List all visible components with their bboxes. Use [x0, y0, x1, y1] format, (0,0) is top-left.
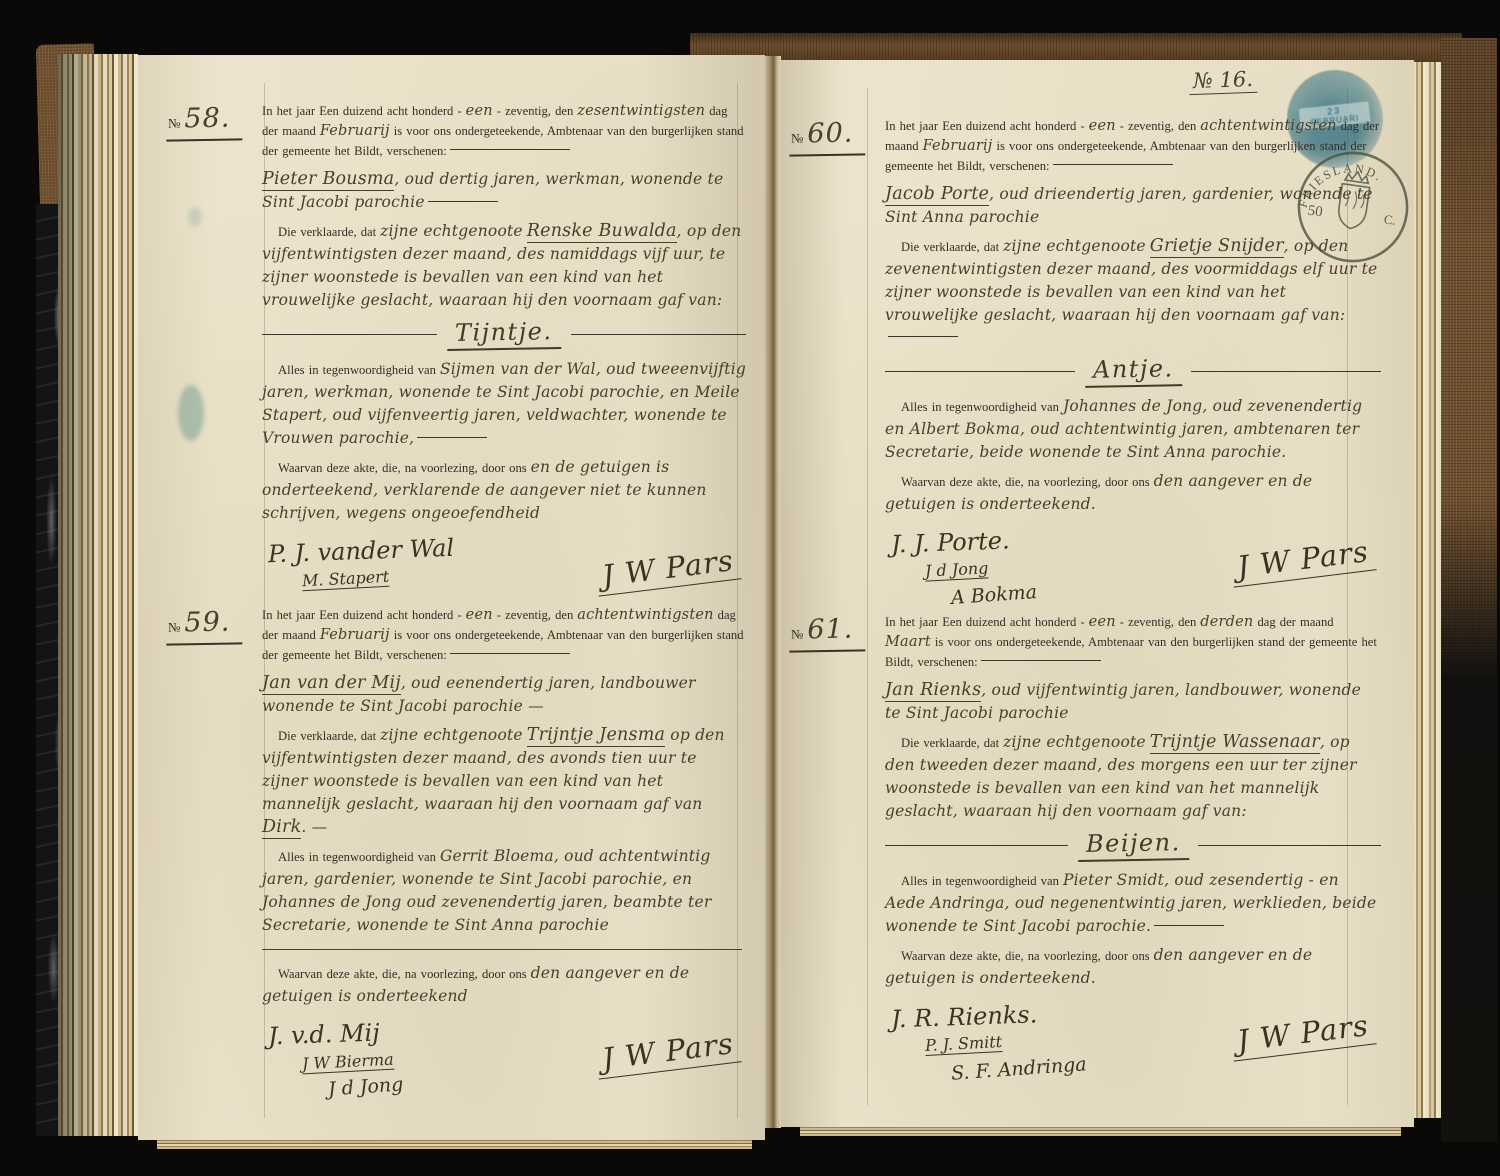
ink-rule	[1053, 164, 1173, 165]
printed-text: - zeventig, den	[497, 608, 573, 622]
declarant-paragraph: Pieter Bousma, oud dertig jaren, werkman…	[262, 168, 746, 214]
entry-number-value: 60.	[807, 118, 853, 150]
book-gutter	[764, 56, 781, 1128]
printed-text: - zeventig, den	[1120, 615, 1196, 629]
declarant-name: Pieter Bousma	[262, 169, 394, 191]
signature: J W Bierma	[302, 1050, 395, 1075]
signature: J. R. Rienks.	[891, 999, 1088, 1034]
mother-name: Trijntje Jensma	[527, 725, 665, 747]
opening-paragraph: In het jaar Een duizend acht honderd - e…	[262, 101, 746, 161]
closing-paragraph: Waarvan deze akte, die, na voorlezing, d…	[262, 962, 746, 1008]
declarant-name: Jan Rienks	[885, 680, 981, 702]
folio-number: № 16.	[1189, 67, 1258, 95]
mother-name: Trijntje Wassenaar	[1150, 732, 1320, 754]
entry-number: № 60.	[789, 115, 866, 156]
signature-block: J. v.d. Mij J W Bierma J d Jong J W Pars	[262, 1020, 746, 1098]
signature-block: J. J. Porte. J d Jong A Bokma J W Pars	[885, 528, 1381, 606]
page-edges-right	[1413, 62, 1443, 1118]
signature: M. Stapert	[302, 567, 390, 592]
child-name: Beijen.	[1077, 828, 1188, 862]
page-edges-left	[58, 54, 138, 1136]
entry-number-value: 61.	[807, 614, 853, 646]
registrar-signature: J W Pars	[594, 542, 742, 596]
printed-text: - zeventig, den	[1120, 119, 1196, 133]
signature: A Bokma	[950, 581, 1037, 609]
book-cover-top	[690, 33, 1462, 63]
signature-block: P. J. vander Wal M. Stapert J W Pars	[262, 537, 746, 589]
right-page: № 16. 23 FEBRUARI FRIESLAND. 50 C.	[781, 60, 1414, 1127]
birth-record-entry-59: № 59. In het jaar Een duizend acht honde…	[166, 605, 746, 1098]
ink-rule	[885, 844, 1068, 846]
declaration-paragraph: Die verklaarde, dat zijne echtgenoote Re…	[262, 220, 746, 312]
printed-text: In het jaar Een duizend acht honderd -	[262, 608, 462, 622]
ink-rule	[1154, 925, 1224, 926]
printed-text: Waarvan deze akte, die, na voorlezing, d…	[278, 461, 527, 475]
signature-block: J. R. Rienks. P. J. Smitt S. F. Andringa…	[885, 1002, 1381, 1080]
book-cover-right	[1441, 38, 1497, 1142]
opening-paragraph: In het jaar Een duizend acht honderd - e…	[885, 612, 1381, 672]
closing-paragraph: Waarvan deze akte, die, na voorlezing, d…	[885, 944, 1381, 990]
birth-record-entry-61: № 61. In het jaar Een duizend acht honde…	[789, 612, 1381, 1080]
witness-signatures: P. J. vander Wal M. Stapert	[268, 537, 454, 589]
handwritten-day: derden	[1200, 614, 1253, 630]
handwritten-text: . —	[301, 818, 327, 836]
entry-number: № 58.	[166, 100, 243, 141]
handwritten-month: Februarij	[320, 123, 390, 139]
ink-rule	[981, 660, 1101, 661]
ink-rule	[1198, 844, 1381, 846]
declaration-paragraph: Die verklaarde, dat zijne echtgenoote Tr…	[262, 724, 746, 839]
signature: J. J. Porte.	[891, 525, 1038, 558]
registrar-signature: J W Pars	[1229, 1007, 1377, 1061]
signature: J d Jong	[925, 558, 989, 581]
handwritten-year: een	[1089, 614, 1116, 630]
entry-number-symbol: №	[168, 115, 181, 130]
witnesses-paragraph: Alles in tegenwoordigheid van Pieter Smi…	[885, 869, 1381, 938]
entry-number-symbol: №	[791, 130, 804, 145]
signature: P. J. Smitt	[925, 1032, 1003, 1056]
entry-number-symbol: №	[791, 626, 804, 641]
witnesses-paragraph: Alles in tegenwoordigheid van Gerrit Blo…	[262, 845, 746, 937]
declarant-name: Jacob Porte	[885, 184, 989, 206]
handwritten-text: zijne echtgenoote	[380, 222, 523, 240]
witnesses-paragraph: Alles in tegenwoordigheid van Sijmen van…	[262, 358, 746, 450]
declarant-paragraph: Jan Rienks, oud vijfentwintig jaren, lan…	[885, 679, 1381, 725]
entry-number: № 61.	[789, 611, 866, 652]
section-divider	[262, 949, 742, 950]
left-page: № 58. In het jaar Een duizend acht honde…	[138, 55, 765, 1140]
printed-text: In het jaar Een duizend acht honderd -	[885, 615, 1085, 629]
printed-text: is voor ons ondergeteekende, Ambtenaar v…	[997, 139, 1251, 153]
printed-text: Die verklaarde, dat	[901, 240, 999, 254]
declaration-paragraph: Die verklaarde, dat zijne echtgenoote Gr…	[885, 235, 1381, 349]
printed-text: Alles in tegenwoordigheid van	[278, 363, 436, 377]
signature: S. F. Andringa	[950, 1053, 1087, 1084]
ink-rule	[428, 201, 498, 202]
entry-number-value: 59.	[184, 607, 230, 639]
handwritten-day: achtentwintigsten	[577, 607, 713, 623]
declarant-paragraph: Jacob Porte, oud drieendertig jaren, gar…	[885, 183, 1381, 229]
printed-text: Alles in tegenwoordigheid van	[901, 874, 1059, 888]
entry-number-symbol: №	[168, 619, 181, 634]
witness-signatures: J. R. Rienks. P. J. Smitt S. F. Andringa	[891, 1002, 1087, 1080]
handwritten-day: zesentwintigsten	[577, 103, 705, 119]
child-name: Antje.	[1084, 354, 1181, 388]
closing-paragraph: Waarvan deze akte, die, na voorlezing, d…	[262, 456, 746, 525]
registrar-signature: J W Pars	[594, 1025, 742, 1079]
declaration-paragraph: Die verklaarde, dat zijne echtgenoote Tr…	[885, 731, 1381, 823]
ink-rule	[1191, 370, 1381, 372]
handwritten-year: een	[466, 103, 493, 119]
handwritten-text: zijne echtgenoote	[380, 726, 523, 744]
printed-text: Die verklaarde, dat	[901, 736, 999, 750]
printed-text: Waarvan deze akte, die, na voorlezing, d…	[901, 475, 1150, 489]
signature: P. J. vander Wal	[268, 534, 455, 568]
child-name-line: Beijen.	[885, 829, 1381, 861]
printed-text: is voor ons ondergeteekende, Ambtenaar v…	[394, 628, 648, 642]
printed-text: In het jaar Een duizend acht honderd -	[885, 119, 1085, 133]
ink-rule	[450, 149, 570, 150]
handwritten-year: een	[1089, 118, 1116, 134]
declarant-name: Jan van der Mij	[262, 673, 401, 695]
ink-rule	[885, 370, 1075, 372]
witness-signatures: J. J. Porte. J d Jong A Bokma	[891, 528, 1037, 606]
opening-paragraph: In het jaar Een duizend acht honderd - e…	[885, 116, 1381, 176]
handwritten-day: achtentwintigsten	[1200, 118, 1336, 134]
opening-paragraph: In het jaar Een duizend acht honderd - e…	[262, 605, 746, 665]
ink-rule	[417, 437, 487, 438]
printed-text: - zeventig, den	[497, 104, 573, 118]
printed-text: is voor ons ondergeteekende, Ambtenaar v…	[935, 635, 1189, 649]
child-name: Tijntje.	[447, 317, 561, 351]
child-name: Dirk	[262, 817, 301, 839]
witness-signatures: J. v.d. Mij J W Bierma J d Jong	[268, 1020, 403, 1098]
birth-record-entry-58: № 58. In het jaar Een duizend acht honde…	[166, 101, 746, 589]
printed-text: dag der maand	[1257, 615, 1333, 629]
birth-record-entry-60: № 60. In het jaar Een duizend acht honde…	[789, 116, 1381, 606]
register-book-scan: № 58. In het jaar Een duizend acht honde…	[0, 0, 1500, 1176]
handwritten-month: Februarij	[923, 138, 993, 154]
mother-name: Grietje Snijder	[1150, 236, 1284, 258]
entry-body: In het jaar Een duizend acht honderd - e…	[885, 116, 1381, 606]
child-name-line: Antje.	[885, 355, 1381, 387]
mother-name: Renske Buwalda	[527, 221, 677, 243]
handwritten-month: Maart	[885, 634, 931, 650]
printed-text: is voor ons ondergeteekende, Ambtenaar v…	[394, 124, 648, 138]
entry-number: № 59.	[166, 604, 243, 645]
closing-paragraph: Waarvan deze akte, die, na voorlezing, d…	[885, 470, 1381, 516]
printed-text: Die verklaarde, dat	[278, 225, 376, 239]
registrar-signature: J W Pars	[1229, 533, 1377, 587]
signature: J. v.d. Mij	[268, 1018, 404, 1051]
declarant-paragraph: Jan van der Mij, oud eenendertig jaren, …	[262, 672, 746, 718]
witnesses-paragraph: Alles in tegenwoordigheid van Johannes d…	[885, 395, 1381, 464]
printed-text: Waarvan deze akte, die, na voorlezing, d…	[901, 949, 1150, 963]
printed-text: Waarvan deze akte, die, na voorlezing, d…	[278, 967, 527, 981]
signature: J d Jong	[327, 1073, 404, 1100]
entry-body: In het jaar Een duizend acht honderd - e…	[262, 605, 746, 1098]
entry-body: In het jaar Een duizend acht honderd - e…	[885, 612, 1381, 1080]
stamp-currency-text: C.	[1383, 212, 1397, 227]
printed-text: Alles in tegenwoordigheid van	[278, 850, 436, 864]
entry-body: In het jaar Een duizend acht honderd - e…	[262, 101, 746, 589]
entry-number-value: 58.	[184, 103, 230, 135]
handwritten-text: zijne echtgenoote	[1003, 733, 1146, 751]
printed-text: Alles in tegenwoordigheid van	[901, 400, 1059, 414]
ink-rule	[262, 333, 437, 335]
ink-rule	[888, 336, 958, 337]
handwritten-text: zijne echtgenoote	[1003, 237, 1146, 255]
printed-text: In het jaar Een duizend acht honderd -	[262, 104, 462, 118]
handwritten-year: een	[466, 607, 493, 623]
ink-rule	[450, 653, 570, 654]
handwritten-month: Februarij	[320, 627, 390, 643]
printed-text: Die verklaarde, dat	[278, 729, 376, 743]
child-name-line: Tijntje.	[262, 318, 746, 350]
ink-rule	[571, 333, 746, 335]
